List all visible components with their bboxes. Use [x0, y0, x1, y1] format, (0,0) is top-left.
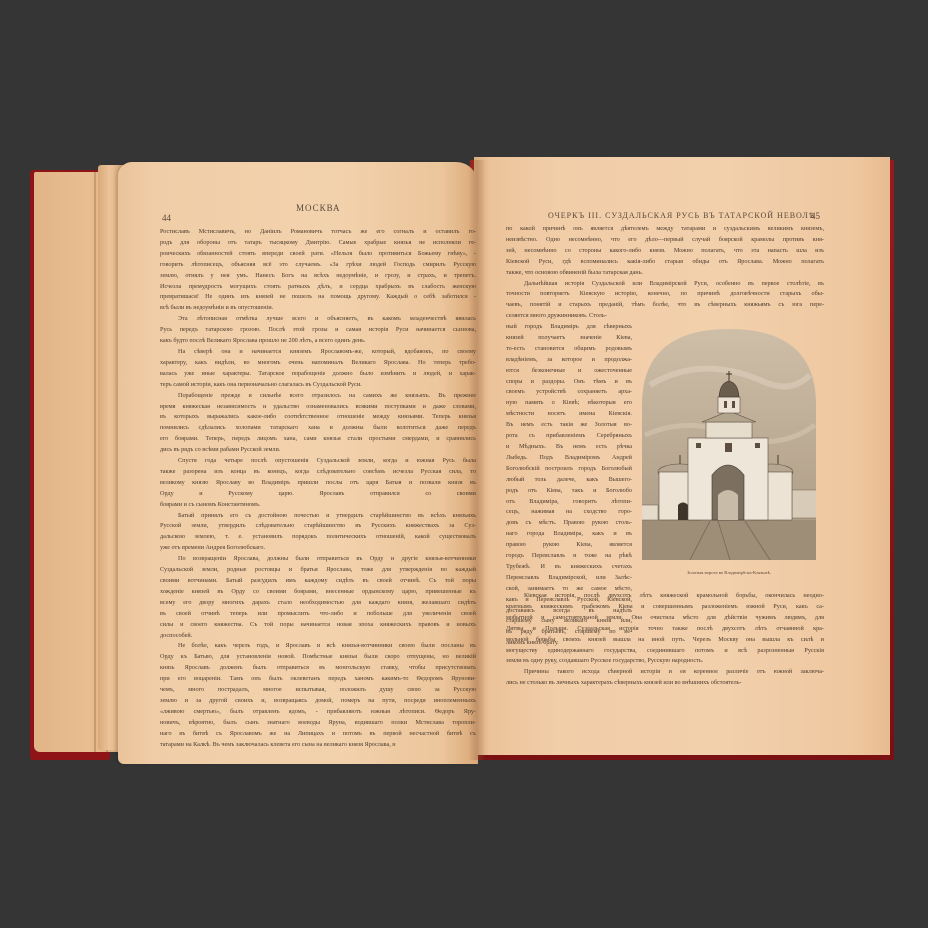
text-line: городъ Переяславль и тоже на рѣкѣ [506, 551, 632, 562]
text-line: хожденіе князей въ Орду со своими боярам… [160, 587, 476, 598]
text-line: Порабощеніе прежде и сильнѣе всего отраз… [160, 391, 476, 402]
text-line: Дальнѣйшая исторія Суздальской или Влади… [506, 279, 824, 290]
text-line: какъ будто послѣ Великаго Ярослава прошл… [160, 336, 476, 347]
text-line: Русь передъ татарскою грозою. Послѣ этой… [160, 325, 476, 336]
text-line: наго въ битвѣ съ Ярославомъ же на Липица… [160, 729, 476, 740]
text-line: правою рукою Кіева, является [506, 540, 632, 551]
text-line: боярами и съ сыномъ Константиномъ. [160, 500, 476, 511]
text-line: «лживою смертью», былъ отравленъ ядомъ, … [160, 707, 476, 718]
text-line: также, что основою обвиненій была татарс… [506, 268, 824, 279]
text-line: рота съ прибавленіемъ Серебряныхъ [506, 431, 632, 442]
text-line: ную память о Кіевѣ; нѣкоторыя его [506, 398, 632, 409]
left-page-text: Ростиславъ Мстиславичъ, но Даніилъ Роман… [160, 227, 476, 751]
text-line: своими вотчинами. Батый разсудилъ имъ ка… [160, 576, 476, 587]
text-line: уже отъ времени Андрея Боголюбскаго. [160, 543, 476, 554]
text-line: своемъ устройствѣ сохраняетъ арха- [506, 387, 632, 398]
text-line: родъ для обороны отъ татаръ тысяцкому Дм… [160, 238, 476, 249]
text-line: любый толь далече, какъ Вышего- [506, 475, 632, 486]
text-line: Эта лѣтописная отмѣтка лучше всего и объ… [160, 314, 476, 325]
text-line: наго города Владиміра, какъ и въ [506, 529, 632, 540]
right-running-head: ОЧЕРКЪ III. СУЗДАЛЬСКАЯ РУСЬ ВЪ ТАТАРСКО… [548, 211, 815, 220]
text-line: земли въ одну руку, создавшаго Русское г… [506, 656, 824, 667]
text-line: Орду и Русскому царю. Ярославъ отправилс… [160, 489, 476, 500]
text-line: споры и раздоры. Онъ тѣмъ и въ [506, 377, 632, 388]
text-line: то-есть становится общимъ родовымъ [506, 344, 632, 355]
golden-gate-illustration [640, 325, 818, 560]
text-line: князь Ярославъ долженъ былъ отправиться … [160, 663, 476, 674]
text-line: кратнымъ княжескимъ грабежомъ Кіева и со… [506, 602, 824, 613]
text-line: говорить лѣтописецъ, объясняя всё это сл… [160, 260, 476, 271]
text-line: дись въ рядъ со всѣми рабами Русской зем… [160, 445, 476, 456]
text-line: чемъ, много пострадалъ, многое испытывая… [160, 685, 476, 696]
text-line: также разорена изъ конца въ конецъ, когд… [160, 467, 476, 478]
text-line: Лыбедь. Подъ Владиміромъ Андрей [506, 453, 632, 464]
text-line: силы и своего княжества. Съ той поры нач… [160, 620, 476, 631]
text-line: роическихъ обязанностей стоять впереди с… [160, 249, 476, 260]
text-line: могуществу единодержавнаго государства, … [506, 646, 824, 657]
text-line: родъ отъ Кіева, такъ и Боголюбо [506, 486, 632, 497]
text-line: владѣніемъ, за которое и продолжа- [506, 355, 632, 366]
text-line: мольной борьбы своихъ князей вышла на ин… [506, 635, 824, 646]
text-line: новичъ, вѣроятно, былъ сынъ знатнаго вое… [160, 718, 476, 729]
text-line: всѣ были въ недоумѣніи и въ опустошеніи. [160, 303, 476, 314]
text-line: Ростиславъ Мстиславичъ, но Даніилъ Роман… [160, 227, 476, 238]
text-line: Батый принялъ его съ достойною почестью … [160, 511, 476, 522]
text-line: Кіевская исторія, послѣ двухсотъ лѣтъ кн… [506, 591, 824, 602]
text-line: дальскою землею, т. е. установилъ порядо… [160, 532, 476, 543]
text-line: сецъ, нажимая на сходство горо- [506, 507, 632, 518]
text-line: валась уже иные характеры. Татарское пор… [160, 369, 476, 380]
illustration-caption: Золотыя ворота во Владимірѣ-на-Клязьмѣ. [640, 570, 818, 575]
text-line: Боголюбскій построилъ городъ Боголюбый [506, 464, 632, 475]
text-line: мобытной и самостоятельной земли. Она оч… [506, 613, 824, 624]
text-line: землю, отнялъ у нея умъ. Нанесъ Богъ на … [160, 271, 476, 282]
text-line: селяется много дружинниковъ. Столь- [506, 311, 824, 322]
text-line: князей получаетъ значеніе Кіева, [506, 333, 632, 344]
text-line: теръ самой исторіи, какъ она первоначаль… [160, 380, 476, 391]
page-edge-line [94, 172, 96, 752]
text-line: лись не столько въ личныхъ характерахъ с… [506, 678, 824, 689]
left-running-head: МОСКВА [296, 203, 341, 213]
text-line: Въ немъ есть такія же Золотыя во- [506, 420, 632, 431]
text-line: въ своей отчинѣ теперь или промыслить чт… [160, 609, 476, 620]
text-line: характеру, какъ видѣли, во многомъ очень… [160, 358, 476, 369]
text-line: мѣстности носятъ имена Кіевскія. [506, 409, 632, 420]
text-line: Литвы и Польши. Суздальская исторія точн… [506, 624, 824, 635]
text-line: На сѣверѣ она и начинается княземъ Яросл… [160, 347, 476, 358]
text-line: Орду къ Батыю, для установленія новой. П… [160, 652, 476, 663]
text-line: Суздальской земли, родные ростовцы и бра… [160, 565, 476, 576]
right-page-number: 45 [811, 211, 820, 221]
text-line: татарами на Калкѣ. Въ чемъ заключалась к… [160, 740, 476, 751]
text-line: и Мѣдныхъ. Въ немъ есть рѣчка [506, 442, 632, 453]
right-page-text-bottom: Кіевская исторія, послѣ двухсотъ лѣтъ кн… [506, 591, 824, 689]
text-line: Переяславль Владимірской, или Залѣс- [506, 573, 632, 584]
text-line: всему его двору многихъ дарахъ стало нео… [160, 598, 476, 609]
text-line: ный городъ Владиміръ для сѣверныхъ [506, 322, 632, 333]
left-page-number: 44 [162, 213, 171, 223]
text-line: землю и за другой своихъ и, возвращаясь … [160, 696, 476, 707]
text-line: Не болѣе, какъ черезъ годъ, и Ярославъ и… [160, 641, 476, 652]
text-line: неизвѣстно. Одно несомнѣнно, что его дѣл… [506, 235, 824, 246]
text-line: при его воцареніи. Тамъ онъ былъ оклевет… [160, 674, 476, 685]
text-line: помнились сдѣлались холопами татарскаго … [160, 423, 476, 434]
text-line: въ которыхъ выражались какое-либо соотвѣ… [160, 412, 476, 423]
text-line: Русской земли, утвердилъ слѣдовательно с… [160, 521, 476, 532]
text-line: превратишася! Не одинъ изъ князей не пош… [160, 292, 476, 303]
text-line: Спустя года четыре послѣ опустошенія Суз… [160, 456, 476, 467]
text-line: довъ съ мѣстъ. Правою рукою столь- [506, 518, 632, 529]
text-line: доспособей. [160, 631, 476, 642]
text-line: зей, несомнѣнно со стороны какого-либо к… [506, 246, 824, 257]
text-line: по какой причинѣ онъ является дѣятелемъ … [506, 224, 824, 235]
text-line: точности повторяетъ Кіевскую исторію, ко… [506, 289, 824, 300]
text-line: Исчезла премудрость могущихъ стоять ратн… [160, 282, 476, 293]
text-line: чаевъ, понятій и старыхъ преданій, тѣмъ … [506, 300, 824, 311]
right-page-text-top: по какой причинѣ онъ является дѣятелемъ … [506, 224, 824, 322]
text-line: великому князю Ярославу во Владиміръ при… [160, 478, 476, 489]
text-line: время княжеская независимость и удальств… [160, 402, 476, 413]
text-line: отъ Владиміра, говоритъ лѣтопи- [506, 497, 632, 508]
text-line: его боярами. Теперь, передъ лицомъ хана,… [160, 434, 476, 445]
text-line: Трубежѣ. И въ княжескихъ счетахъ [506, 562, 632, 573]
text-line: Кіевской Руси, гдѣ вспоминались какія-ли… [506, 257, 824, 268]
text-line: По возвращеніи Ярослава, должны были отп… [160, 554, 476, 565]
text-line: Причины такого исхода сѣверной исторіи и… [506, 667, 824, 678]
text-line: ются безконечные и ожесточенные [506, 366, 632, 377]
